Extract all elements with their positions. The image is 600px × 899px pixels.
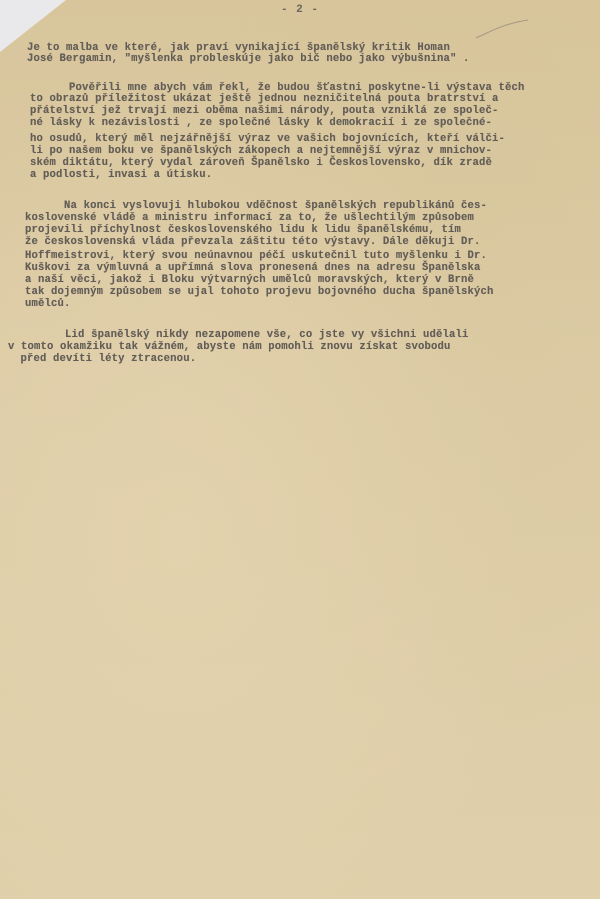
text-line: umělců. <box>25 298 71 310</box>
text-line: to obrazů příležitost ukázat ještě jedno… <box>30 93 499 105</box>
text-line: koslovenské vládě a ministru informací z… <box>25 212 474 224</box>
text-line: Hoffmeistrovi, který svou neúnavnou péčí… <box>25 250 487 262</box>
text-line: a podlosti, invasi a útisku. <box>30 169 212 181</box>
text-line: Kuškovi za výmluvná a upřímná slova pron… <box>25 262 481 274</box>
text-line: že československá vláda převzala záštitu… <box>25 236 481 248</box>
text-line: né lásky k nezávislosti , ze společné lá… <box>30 117 492 129</box>
text-line: před devíti léty ztracenou. <box>14 353 196 365</box>
text-line: ho osudů, který měl nejzářnější výraz ve… <box>30 133 505 145</box>
text-line: ském diktátu, který vydal zároveň Španěl… <box>30 157 492 169</box>
text-line: li po našem boku ve španělských zákopech… <box>30 145 492 157</box>
text-line: Na konci vyslovuji hlubokou vděčnost špa… <box>25 200 487 212</box>
text-line: tak dojemným způsobem se ujal tohoto pro… <box>25 286 494 298</box>
page-number: - 2 - <box>0 4 600 16</box>
text-line: projevili příchylnost československého l… <box>25 224 461 236</box>
text-line: Lid španělský nikdy nezapomene vše, co j… <box>26 329 469 341</box>
text-line: přátelství jež trvají mezi oběma našimi … <box>30 105 499 117</box>
pencil-mark-icon <box>472 18 532 40</box>
text-line: José Bergamin, "myšlenka probleskúje jak… <box>27 53 470 65</box>
text-line: a naší věci, jakož i Bloku výtvarných um… <box>25 274 474 286</box>
text-line: v tomto okamžiku tak vážném, abyste nám … <box>8 341 451 353</box>
